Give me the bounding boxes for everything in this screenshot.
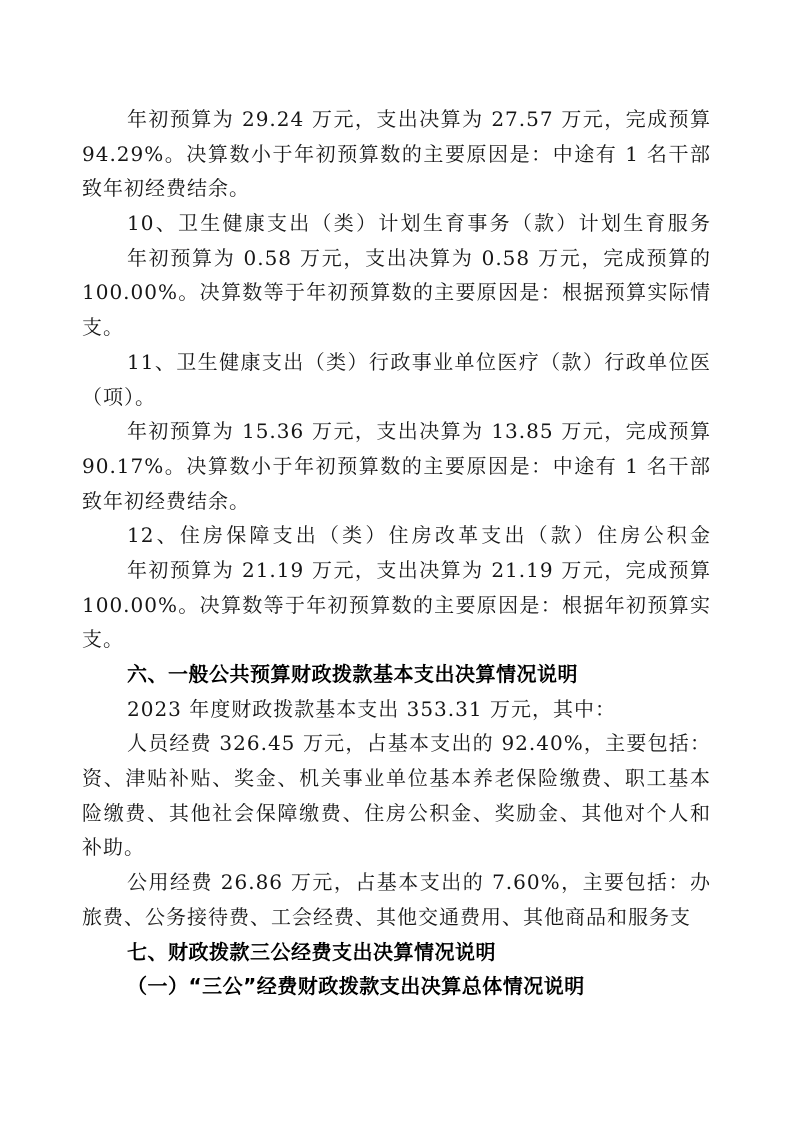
body-text-line: （项）。 [82,380,711,415]
body-text-line: 补助。 [82,830,711,865]
body-text-line: 年初预算为 29.24 万元，支出决算为 27.57 万元，完成预算的 [82,102,711,137]
body-text-line: 支。 [82,310,711,345]
body-text-line: 年初预算为 0.58 万元，支出决算为 0.58 万元，完成预算的 [82,241,711,276]
body-text-line: 12、住房保障支出（类）住房改革支出（款）住房公积金（项）。 [82,518,711,553]
body-text-line: 人员经费 326.45 万元，占基本支出的 92.40%，主要包括：基本工 [82,726,711,761]
body-text-line: 险缴费、其他社会保障缴费、住房公积金、奖励金、其他对个人和家庭的 [82,796,711,831]
document-page: 年初预算为 29.24 万元，支出决算为 27.57 万元，完成预算的94.29… [0,0,793,1122]
section-heading: （一）“三公”经费财政拨款支出决算总体情况说明 [82,969,711,1004]
body-text-line: 致年初经费结余。 [82,171,711,206]
body-text-line: 资、津贴补贴、奖金、机关事业单位基本养老保险缴费、职工基本医疗保 [82,761,711,796]
document-body-text: 年初预算为 29.24 万元，支出决算为 27.57 万元，完成预算的94.29… [82,102,711,1004]
body-text-line: 100.00%。决算数等于年初预算数的主要原因是：根据预算实际情况列 [82,275,711,310]
body-text-line: 致年初经费结余。 [82,484,711,519]
body-text-line: 100.00%。决算数等于年初预算数的主要原因是：根据年初预算实际列 [82,588,711,623]
body-text-line: 10、卫生健康支出（类）计划生育事务（款）计划生育服务（项）。 [82,206,711,241]
section-heading: 六、一般公共预算财政拨款基本支出决算情况说明 [82,657,711,692]
body-text-line: 2023 年度财政拨款基本支出 353.31 万元，其中： [82,692,711,727]
body-text-line: 94.29%。决算数小于年初预算数的主要原因是：中途有 1 名干部退休，导 [82,137,711,172]
body-text-line: 公用经费 26.86 万元，占基本支出的 7.60%，主要包括：办公费、差 [82,865,711,900]
body-text-line: 90.17%。决算数小于年初预算数的主要原因是：中途有 1 名干部退休，导 [82,449,711,484]
body-text-line: 支。 [82,622,711,657]
body-text-line: 11、卫生健康支出（类）行政事业单位医疗（款）行政单位医疗 [82,345,711,380]
body-text-line: 旅费、公务接待费、工会经费、其他交通费用、其他商品和服务支出。 [82,900,711,935]
body-text-line: 年初预算为 15.36 万元，支出决算为 13.85 万元，完成预算的 [82,414,711,449]
section-heading: 七、财政拨款三公经费支出决算情况说明 [82,935,711,970]
body-text-line: 年初预算为 21.19 万元，支出决算为 21.19 万元，完成预算的 [82,553,711,588]
